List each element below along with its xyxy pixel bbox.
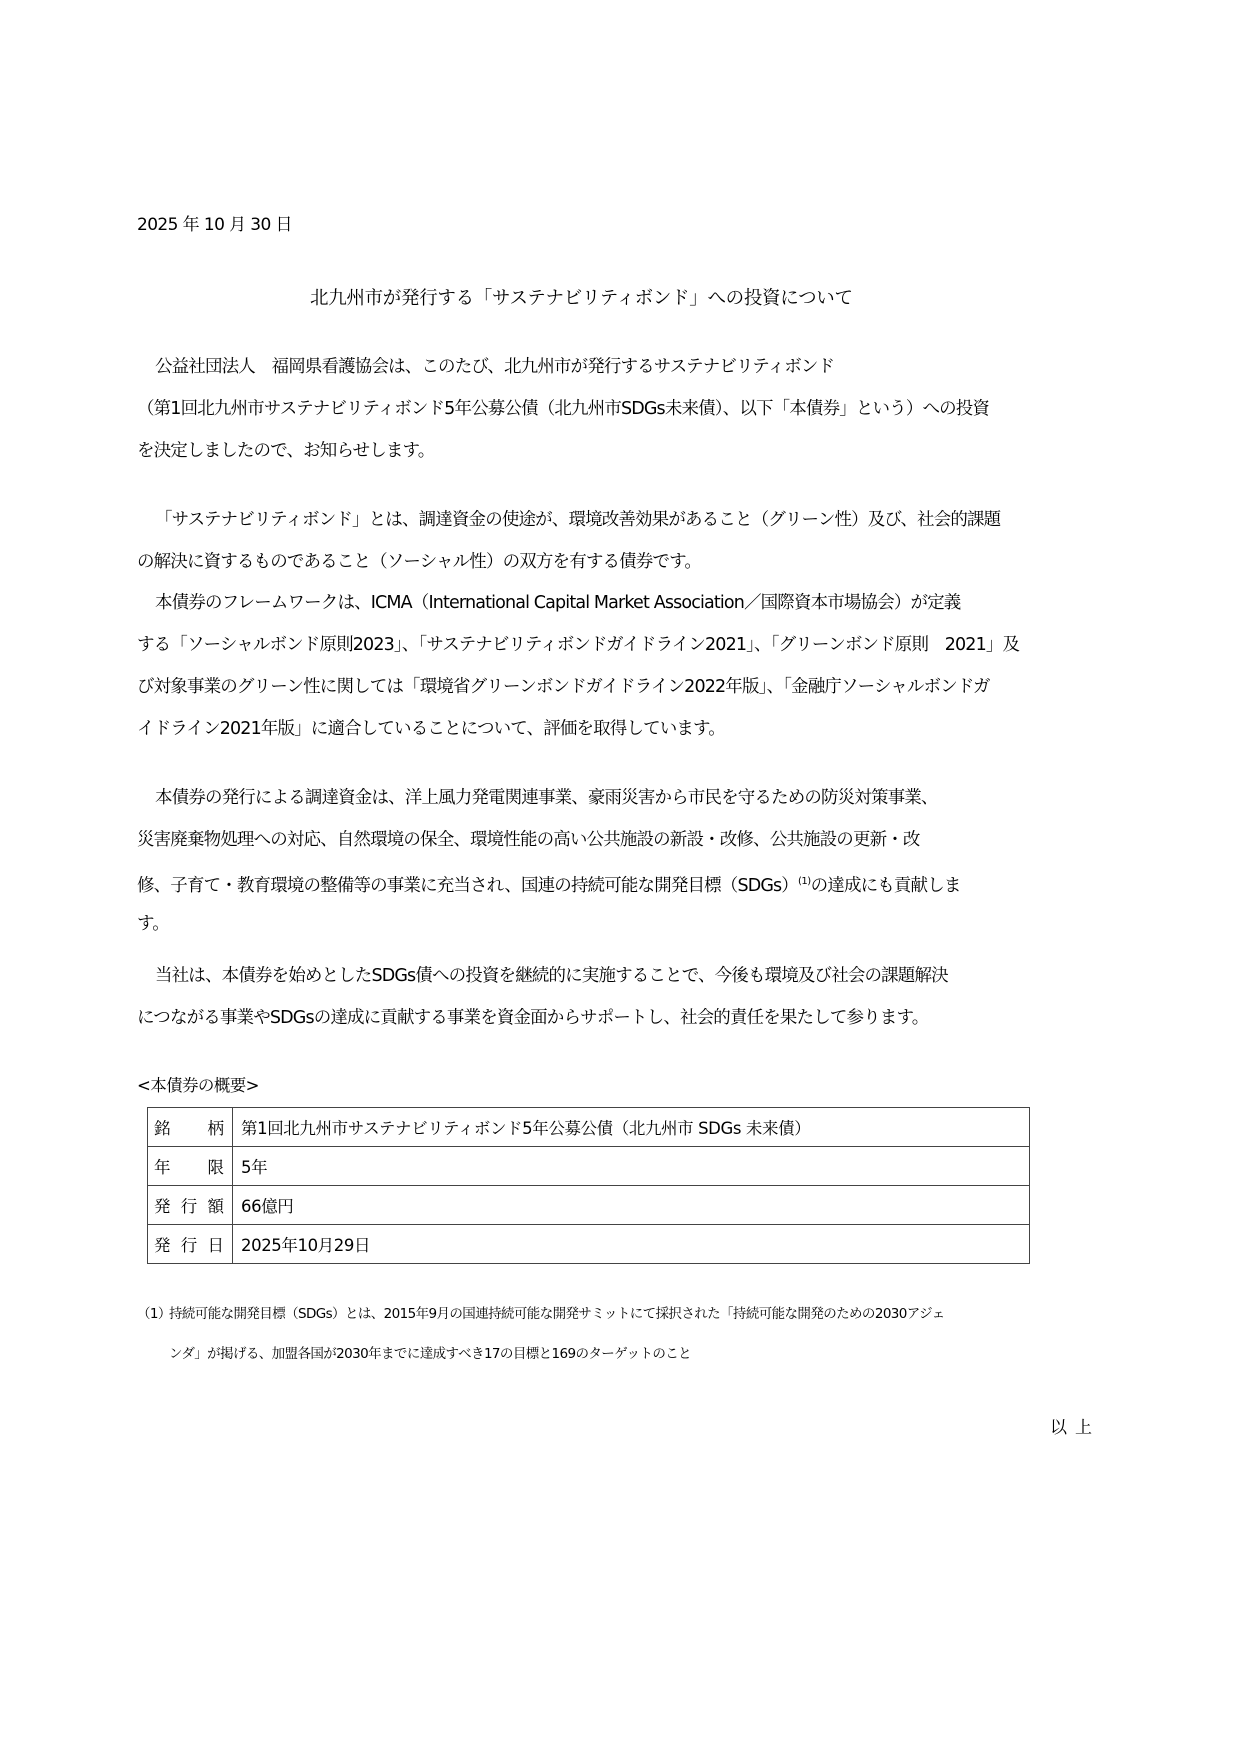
row-value-issue-amount: 66億円 [233,1186,1030,1225]
row-value-issue-name: 第1回北九州市サステナビリティボンド5年公募公債（北九州市 SDGs 未来債） [233,1108,1030,1147]
proceeds-line-4: す。 [137,913,169,935]
intro-line-1: 公益社団法人 福岡県看護協会は、このたび、北九州市が発行するサステナビリティボン… [155,356,834,378]
document-date: 2025 年 10 月 30 日 [137,214,292,236]
proceeds-line-2: 災害廃棄物処理への対応、自然環境の保全、環境性能の高い公共施設の新設・改修、公共… [137,829,920,851]
definition-line-2: の解決に資するものであること（ソーシャル性）の双方を有する債券です。 [137,551,701,573]
footnote-number: （1） [137,1305,169,1323]
proceeds-line-3-text: 修、子育て・教育環境の整備等の事業に充当され、国連の持続可能な開発目標（SDGs… [137,876,798,896]
footnote-1: （1）持続可能な開発目標（SDGs）とは、2015年9月の国連持続可能な開発サミ… [137,1305,945,1323]
framework-line-2: する「ソーシャルボンド原則2023」、「サステナビリティボンドガイドライン202… [137,634,1019,656]
proceeds-line-3-tail: の達成にも貢献しま [811,876,961,896]
document-title: 北九州市が発行する「サステナビリティボンド」への投資について [310,288,853,310]
row-label-issue-name: 銘柄 [148,1108,233,1147]
table-row: 発行額 66億円 [148,1186,1030,1225]
closing-mark: 以上 [1050,1413,1100,1438]
footnote-1-line-2: ンダ」が掲げる、加盟各国が2030年までに達成すべき17の目標と169のターゲッ… [169,1345,691,1363]
intro-line-2: （第1回北九州市サステナビリティボンド5年公募公債（北九州市SDGs未来債）、以… [137,398,989,420]
row-value-issue-date: 2025年10月29日 [233,1225,1030,1264]
overview-heading: <本債券の概要> [137,1075,259,1097]
row-label-term: 年限 [148,1147,233,1186]
intro-line-3: を決定しましたので、お知らせします。 [137,440,434,462]
framework-line-3: び対象事業のグリーン性に関しては「環境省グリーンボンドガイドライン2022年版」… [137,676,990,698]
row-value-term: 5年 [233,1147,1030,1186]
framework-line-1: 本債券のフレームワークは、ICMA（International Capital … [155,592,960,614]
framework-line-4: イドライン2021年版」に適合していることについて、評価を取得しています。 [137,718,725,740]
proceeds-line-3: 修、子育て・教育環境の整備等の事業に充当され、国連の持続可能な開発目標（SDGs… [137,871,961,897]
footnote-1-line-1: 持続可能な開発目標（SDGs）とは、2015年9月の国連持続可能な開発サミットに… [169,1306,945,1322]
row-label-issue-date: 発行日 [148,1225,233,1264]
document-page: 2025 年 10 月 30 日 北九州市が発行する「サステナビリティボンド」へ… [0,0,1241,1755]
commitment-line-2: につながる事業やSDGsの達成に貢献する事業を資金面からサポートし、社会的責任を… [137,1007,928,1029]
bond-overview-table: 銘柄 第1回北九州市サステナビリティボンド5年公募公債（北九州市 SDGs 未来… [147,1107,1030,1264]
footnote-reference: (1) [798,876,811,887]
table-row: 発行日 2025年10月29日 [148,1225,1030,1264]
table-row: 銘柄 第1回北九州市サステナビリティボンド5年公募公債（北九州市 SDGs 未来… [148,1108,1030,1147]
definition-line-1: 「サステナビリティボンド」とは、調達資金の使途が、環境改善効果があること（グリー… [155,509,1000,531]
table-row: 年限 5年 [148,1147,1030,1186]
row-label-issue-amount: 発行額 [148,1186,233,1225]
commitment-line-1: 当社は、本債券を始めとしたSDGs債への投資を継続的に実施することで、今後も環境… [155,965,948,987]
proceeds-line-1: 本債券の発行による調達資金は、洋上風力発電関連事業、豪雨災害から市民を守るための… [155,787,938,809]
